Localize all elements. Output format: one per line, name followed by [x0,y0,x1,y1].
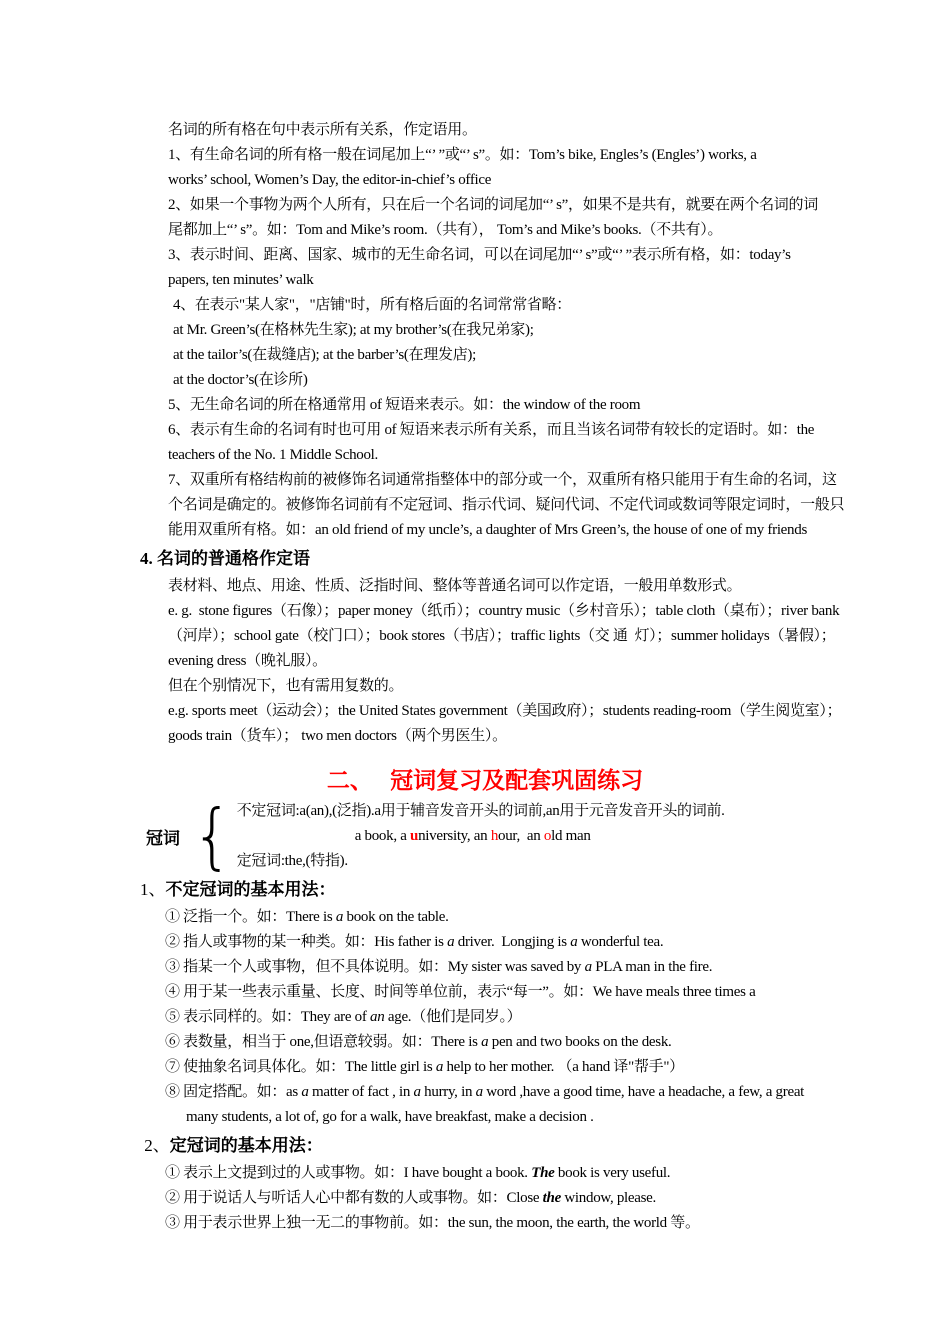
text-run: 3、表示时间、距离、国家、城市的无生命名词，可以在词尾加“’ s”或“’ ”表示… [168,247,791,263]
article-bracket-diagram: 冠词{不定冠词:a(an),(泛指).a用于辅音发音开头的词前,an用于元音发音… [140,799,830,874]
text-run: evening dress（晚礼服）。 [168,653,327,669]
curly-brace-icon: { [192,797,233,875]
text-run: ⑦ 使抽象名词具体化。如：The little girl is [165,1059,436,1075]
doc-line: many students, a lot of, go for a walk, … [140,1105,830,1130]
text-run: at the doctor’s(在诊所) [173,372,308,388]
doc-line: 2、如果一个事物为两个人所有，只在后一个名词的词尾加“’ s”，如果不是共有，就… [140,193,830,218]
text-run: ⑧ 固定搭配。如：as [165,1084,301,1100]
text-run: 定冠词:the,(特指). [237,853,348,869]
bracket-line: a book, a university, an hour, an old ma… [237,824,725,849]
text-run: ⑥ 表数量，相当于 one,但语意较弱。如：There is [165,1034,481,1050]
doc-line: ② 用于说话人与听话人心中都有数的人或事物。如：Close the window… [140,1186,830,1211]
text-run: at Mr. Green’s(在格林先生家); at my brother’s(… [173,322,534,338]
text-run: wonderful tea. [577,934,663,950]
doc-line: 个名词是确定的。被修饰名词前有不定冠词、指示代词、疑问代词、不定代词或数词等限定… [140,493,830,518]
text-run: help to her mother. （a hand 译"帮手"） [443,1059,684,1075]
doc-line: 能用双重所有格。如：an old friend of my uncle’s, a… [140,518,830,543]
doc-line: 名词的所有格在句中表示所有关系，作定语用。 [140,118,830,143]
doc-line: works’ school, Women’s Day, the editor-i… [140,168,830,193]
doc-line: e.g. sports meet（运动会）；the United States … [140,699,830,724]
text-run: pen and two books on the desk. [488,1034,671,1050]
text-run: a [476,1084,483,1100]
doc-line: 但在个别情况下，也有需用复数的。 [140,674,830,699]
text-run: a [301,1084,308,1100]
text-run: a [585,959,592,975]
text-run: our, an [498,828,544,844]
bracket-line: 定冠词:the,(特指). [237,849,725,874]
text-run: 但在个别情况下，也有需用复数的。 [168,678,403,694]
text-run: 1、有生命名词的所有格一般在词尾加上“’ ”或“’ s”。如：Tom’s bik… [168,147,757,163]
doc-line: ⑧ 固定搭配。如：as a matter of fact , in a hurr… [140,1080,830,1105]
doc-line: ② 指人或事物的某一种类。如：His father is a driver. L… [140,930,830,955]
text-run: h [491,828,498,844]
text-run: ① 表示上文提到过的人或事物。如：I have bought a book. [165,1165,531,1181]
bracket-line: 不定冠词:a(an),(泛指).a用于辅音发音开头的词前,an用于元音发音开头的… [237,799,725,824]
text-run: ⑤ 表示同样的。如：They are of [165,1009,370,1025]
doc-line: 5、无生命名词的所在格通常用 of 短语来表示。如：the window of … [140,393,830,418]
text-run: age.（他们是同岁。） [384,1009,521,1025]
text-run: 7、双重所有格结构前的被修饰名词通常指整体中的部分或一个，双重所有格只能用于有生… [168,472,837,488]
text-run: ② 用于说话人与听话人心中都有数的人或事物。如：Close [165,1190,543,1206]
text-run: goods train（货车）； two men doctors（两个男医生）。 [168,728,507,744]
doc-line: ① 泛指一个。如：There is a book on the table. [140,905,830,930]
bracket-lines: 不定冠词:a(an),(泛指).a用于辅音发音开头的词前,an用于元音发音开头的… [237,799,725,874]
text-run: 5、无生命名词的所在格通常用 of 短语来表示。如：the window of … [168,397,640,413]
text-run: 能用双重所有格。如：an old friend of my uncle’s, a… [168,522,807,538]
doc-line: e. g. stone figures（石像）；paper money（纸币）；… [140,599,830,624]
text-run: 2、 [140,1136,170,1155]
text-run: a book, a [355,828,410,844]
text-run: o [544,828,551,844]
text-run: ③ 指某一个人或事物，但不具体说明。如：My sister was saved … [165,959,585,975]
doc-line: 1、有生命名词的所有格一般在词尾加上“’ ”或“’ s”。如：Tom’s bik… [140,143,830,168]
text-run: 二、 冠词复习及配套巩固练习 [327,768,643,793]
text-run: 定冠词的基本用法： [170,1136,323,1155]
doc-line: ⑤ 表示同样的。如：They are of an age.（他们是同岁。） [140,1005,830,1030]
doc-line: ⑦ 使抽象名词具体化。如：The little girl is a help t… [140,1055,830,1080]
doc-line: （河岸）；school gate（校门口）；book stores（书店）；tr… [140,624,830,649]
document-page: { "page": { "background": "#ffffff", "te… [0,0,950,1344]
section-title: 二、 冠词复习及配套巩固练习 [140,765,830,797]
doc-line: 3、表示时间、距离、国家、城市的无生命名词，可以在词尾加“’ s”或“’ ”表示… [140,243,830,268]
doc-line: at the tailor’s(在裁缝店); at the barber’s(在… [140,343,830,368]
text-run: （河岸）；school gate（校门口）；book stores（书店）；tr… [168,628,835,644]
bracket-label: 冠词 [140,824,180,849]
text-run: ③ 用于表示世界上独一无二的事物前。如：the sun, the moon, t… [165,1215,700,1231]
text-run: 尾都加上“’ s”。如：Tom and Mike’s room.（共有）， To… [168,222,722,238]
text-run: u [410,828,418,844]
text-run: 不定冠词的基本用法： [166,880,336,899]
text-run: e.g. sports meet（运动会）；the United States … [168,703,841,719]
text-run: many students, a lot of, go for a walk, … [186,1109,594,1125]
doc-line: at the doctor’s(在诊所) [140,368,830,393]
text-run: the [543,1190,561,1206]
text-run: matter of fact , in [309,1084,414,1100]
doc-line: teachers of the No. 1 Middle School. [140,443,830,468]
text-run: 表材料、地点、用途、性质、泛指时间、整体等普通名词可以作定语，一般用单数形式。 [168,578,741,594]
text-run: 个名词是确定的。被修饰名词前有不定冠词、指示代词、疑问代词、不定代词或数词等限定… [168,497,844,513]
doc-line: evening dress（晚礼服）。 [140,649,830,674]
text-run: 1、 [140,880,166,899]
text-run: PLA man in the fire. [592,959,712,975]
doc-line: 表材料、地点、用途、性质、泛指时间、整体等普通名词可以作定语，一般用单数形式。 [140,574,830,599]
doc-line: goods train（货车）； two men doctors（两个男医生）。 [140,724,830,749]
doc-line: ③ 用于表示世界上独一无二的事物前。如：the sun, the moon, t… [140,1211,830,1236]
text-run: a [436,1059,443,1075]
doc-line: ⑥ 表数量，相当于 one,但语意较弱。如：There is a pen and… [140,1030,830,1055]
text-run: teachers of the No. 1 Middle School. [168,447,378,463]
doc-line: papers, ten minutes’ walk [140,268,830,293]
text-run: 4、在表示"某人家"，"店铺"时，所有格后面的名词常常省略： [173,297,571,313]
doc-line: at Mr. Green’s(在格林先生家); at my brother’s(… [140,318,830,343]
text-run: ② 指人或事物的某一种类。如：His father is [165,934,447,950]
text-run: a [414,1084,421,1100]
doc-line: 6、表示有生命的名词有时也可用 of 短语来表示所有关系，而且当该名词带有较长的… [140,418,830,443]
text-run: niversity, an [418,828,491,844]
text-run: 2、如果一个事物为两个人所有，只在后一个名词的词尾加“’ s”，如果不是共有，就… [168,197,818,213]
text-run: word ,have a good time, have a headache,… [483,1084,804,1100]
doc-line: 7、双重所有格结构前的被修饰名词通常指整体中的部分或一个，双重所有格只能用于有生… [140,468,830,493]
text-run: e. g. stone figures（石像）；paper money（纸币）；… [168,603,839,619]
text-run: works’ school, Women’s Day, the editor-i… [168,172,491,188]
text-run: ④ 用于某一些表示重量、长度、时间等单位前，表示“每一”。如：We have m… [165,984,755,1000]
text-run: book on the table. [343,909,449,925]
text-run: 4. 名词的普通格作定语 [140,549,310,568]
text-run: ld man [551,828,590,844]
text-run: 名词的所有格在句中表示所有关系，作定语用。 [168,122,477,138]
text-run: an [370,1009,384,1025]
doc-line: ④ 用于某一些表示重量、长度、时间等单位前，表示“每一”。如：We have m… [140,980,830,1005]
section-subheading: 1、不定冠词的基本用法： [140,876,830,903]
document-content: 名词的所有格在句中表示所有关系，作定语用。1、有生命名词的所有格一般在词尾加上“… [140,118,830,1236]
doc-line: ③ 指某一个人或事物，但不具体说明。如：My sister was saved … [140,955,830,980]
text-run: 不定冠词:a(an),(泛指).a用于辅音发音开头的词前,an用于元音发音开头的… [237,803,725,819]
text-run: 6、表示有生命的名词有时也可用 of 短语来表示所有关系，而且当该名词带有较长的… [168,422,814,438]
text-run: a [336,909,343,925]
section-subheading: 4. 名词的普通格作定语 [140,545,830,572]
text-run: hurry, in [421,1084,476,1100]
doc-line: 4、在表示"某人家"，"店铺"时，所有格后面的名词常常省略： [140,293,830,318]
doc-line: ① 表示上文提到过的人或事物。如：I have bought a book. T… [140,1161,830,1186]
text-run: driver. Longjing is [454,934,570,950]
text-run: book is very useful. [554,1165,670,1181]
section-subheading: 2、定冠词的基本用法： [140,1132,830,1159]
text-run: ① 泛指一个。如：There is [165,909,336,925]
text-run: The [531,1165,554,1181]
text-run: papers, ten minutes’ walk [168,272,314,288]
doc-line: 尾都加上“’ s”。如：Tom and Mike’s room.（共有）， To… [140,218,830,243]
text-run: window, please. [561,1190,656,1206]
text-run: at the tailor’s(在裁缝店); at the barber’s(在… [173,347,476,363]
